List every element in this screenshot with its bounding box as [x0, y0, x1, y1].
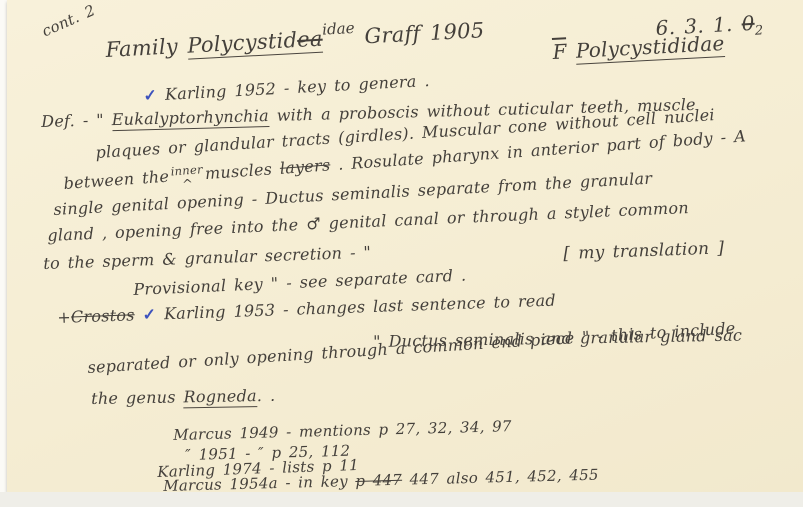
definition-line-6: to the sperm & granular secretion - " [43, 243, 371, 273]
genus-line-pre: the genus [91, 388, 176, 408]
family-authority: Graff 1905 [364, 18, 485, 48]
scan-bottom-margin [0, 492, 803, 507]
family-name-struck: ea [297, 27, 324, 52]
genus-name: Rogneda [183, 386, 257, 408]
karling-1953-line: +Crostos ✓ Karling 1953 - changes last s… [57, 291, 556, 327]
karling-1952-note: Karling 1952 - key to genera . [164, 71, 430, 104]
definition-line-3-struck: layers [279, 155, 331, 177]
family-name: Polycystidea [187, 27, 324, 60]
translation-note: [ my translation ] [563, 238, 725, 264]
scanned-index-card-page: { "meta": { "corner_note": "cont. 2", "c… [0, 0, 803, 507]
plus-mark: + [57, 308, 71, 327]
definition-line-3-mid: muscles [204, 159, 272, 183]
family-title-line: Family Polycystideaidae Graff 1905 [105, 18, 485, 62]
genus-inclusion-line: the genus Rogneda. . [91, 386, 275, 408]
family-label: Family [105, 34, 179, 62]
definition-line-3-pre: between the [63, 167, 170, 193]
checkmark-icon: ✓ [142, 305, 156, 324]
genus-line-end: . . [257, 386, 276, 405]
karling-1952-line: ✓ Karling 1952 - key to genera . [143, 71, 430, 105]
checkmark-icon: ✓ [143, 85, 158, 105]
inserted-word: inner^ [171, 172, 204, 188]
crossed-out-word: Crostos [71, 305, 135, 326]
male-symbol: ♂ [306, 214, 321, 234]
provisional-key-line: Provisional key " - see separate card . [133, 265, 467, 299]
corner-continuation-note: cont. 2 [39, 1, 98, 40]
reference-1954a-struck: p 447 [355, 471, 402, 490]
reference-1954a-rest: 447 also 451, 452, 455 [409, 466, 599, 489]
definition-line-5-pre: gland , opening free into the [47, 215, 299, 245]
catalog-struck-digit: 0 [741, 11, 755, 36]
insert-word-text: inner [171, 166, 203, 175]
definition-line-5-rest: genital canal or through a stylet common [328, 198, 689, 233]
scan-left-margin [0, 0, 7, 507]
catalog-subscript: 2 [755, 23, 764, 38]
revision-quote-line-2: separated or only opening through a comm… [87, 318, 736, 377]
karling-1953-note: Karling 1953 - changes last sentence to … [164, 291, 556, 324]
index-card: cont. 2 6. 3. 1. 02 F Polycystididae Fam… [7, 0, 803, 492]
family-shorthand-name: Polycystididae [575, 31, 725, 65]
taxon-name: Eukalyptorhynchia [111, 106, 269, 131]
family-abbrev-f: F [552, 39, 567, 64]
family-shorthand: F Polycystididae [552, 31, 725, 64]
definition-label: Def. - " [41, 110, 104, 131]
reference-marcus-1949: Marcus 1949 - mentions p 27, 32, 34, 97 [173, 417, 512, 444]
family-name-base: Polycystid [187, 28, 298, 58]
family-name-insert: idae [322, 19, 355, 39]
insert-caret: ^ [182, 181, 193, 189]
